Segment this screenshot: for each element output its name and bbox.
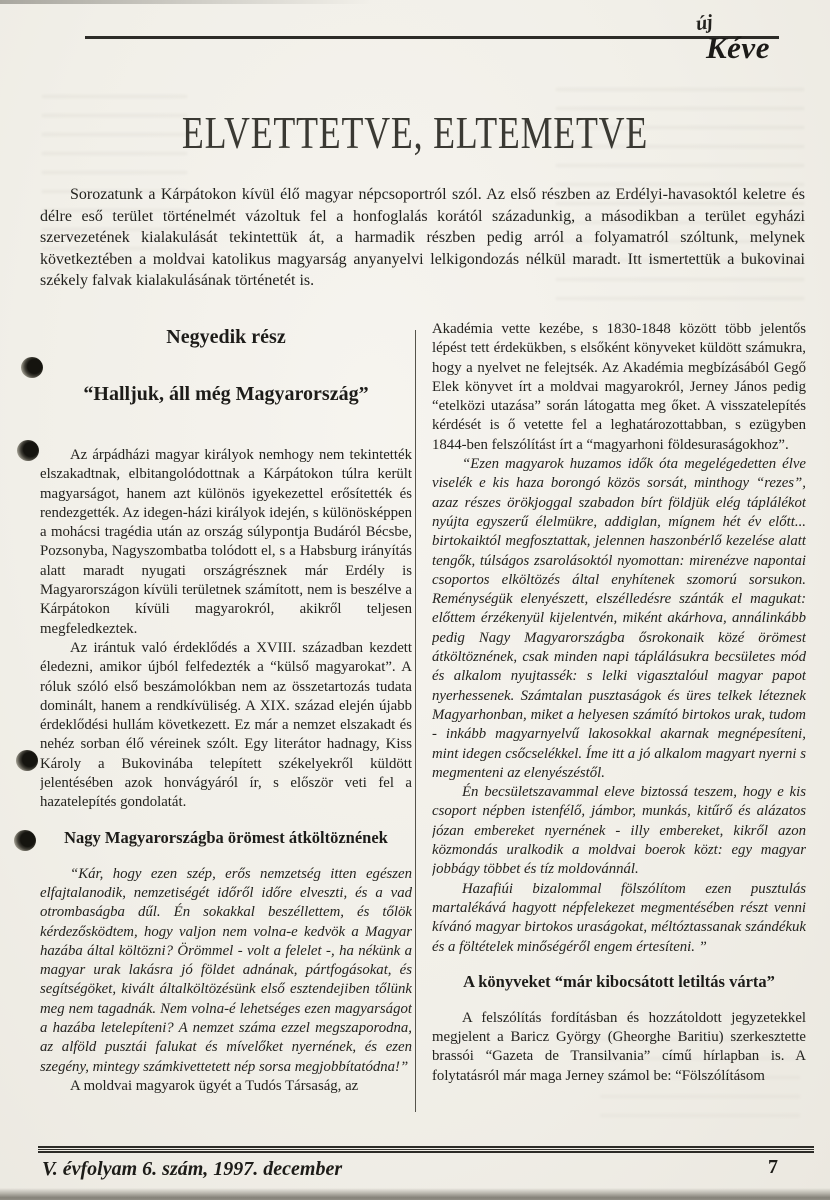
magazine-logo: új Kéve [686,8,816,68]
punch-hole [17,440,39,461]
paragraph: A felszólítás fordításban és hozzátoldot… [432,1009,806,1086]
books-heading: A könyveket “már kibocsátott letiltás vá… [432,972,806,992]
punch-hole [16,750,38,771]
paragraph: Az árpádházi magyar királyok nemhogy nem… [40,446,412,639]
footer-page-number: 7 [768,1156,778,1179]
article-intro: Sorozatunk a Kárpátokon kívül élő magyar… [40,184,805,292]
paragraph: A moldvai magyarok ügyét a Tudós Társasá… [40,1077,412,1096]
footer-rule [38,1146,814,1153]
quote-paragraph: “Ezen magyarok huzamos idők óta megelége… [432,455,806,783]
left-column: Negyedik rész “Halljuk, áll még Magyaror… [40,320,412,1138]
paragraph: Akadémia vette kezébe, s 1830-1848 közöt… [432,320,806,455]
quote-paragraph: Hazafiúi bizalommal fölszólítom ezen pus… [432,880,806,957]
logo-keve-text: Kéve [706,30,770,66]
punch-hole [14,830,36,851]
sub-heading: “Halljuk, áll még Magyarország” [40,383,412,406]
magazine-page: új Kéve ELVETTETVE, ELTEMETVE Sorozatunk… [0,0,830,1200]
column-divider [415,330,416,1112]
paragraph: Az irántuk való érdeklődés a XVIII. száz… [40,639,412,813]
article-title: ELVETTETVE, ELTEMETVE [99,106,731,159]
scan-edge-bottom [0,1188,830,1200]
quote-paragraph: Én becsületszavammal eleve biztossá tesz… [432,783,806,879]
quote-paragraph: “Kár, hogy ezen szép, erős nemzetség itt… [40,865,412,1077]
footer-issue-text: V. évfolyam 6. szám, 1997. december [42,1158,342,1181]
scan-edge-top [0,0,374,4]
quote-heading: Nagy Magyarországba örömest átköltöznéne… [40,828,412,848]
part-heading: Negyedik rész [40,326,412,349]
right-column: Akadémia vette kezébe, s 1830-1848 közöt… [432,320,806,1138]
masthead-rule [85,36,779,39]
punch-hole [21,357,43,378]
